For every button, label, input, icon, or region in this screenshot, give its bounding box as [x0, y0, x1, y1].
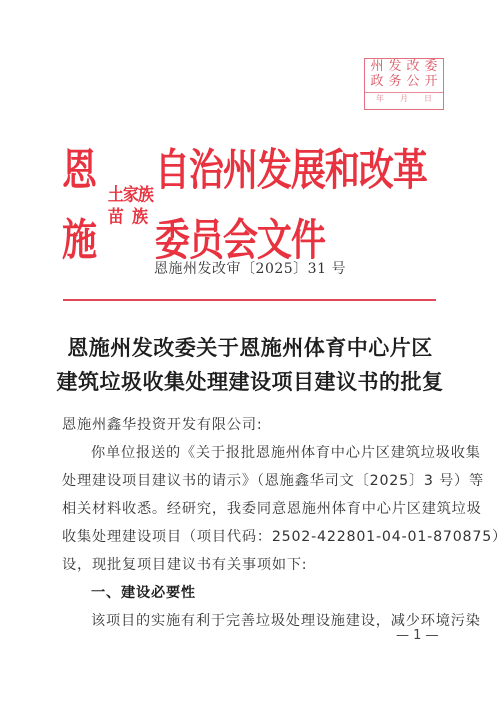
red-divider	[63, 299, 436, 301]
body-line: 收集处理建设项目（项目代码：2502-422801-04-01-870875）建	[62, 526, 442, 546]
masthead-part1: 恩施	[62, 136, 106, 276]
addressee: 恩施州鑫华投资开发有限公司:	[62, 414, 442, 434]
masthead: 恩施 土家族 苗 族 自治州发展和改革委员会文件	[62, 178, 440, 234]
section-heading: 一、建设必要性	[91, 582, 471, 602]
stamp-row-1: 州 发 改 委	[365, 59, 443, 74]
masthead-ethnic-stack: 土家族 苗 族	[108, 184, 153, 228]
disclosure-stamp: 州 发 改 委 政 务 公 开 年 月 日	[364, 58, 444, 110]
document-title-line-1: 恩施州发改委关于恩施州体育中心片区	[0, 332, 500, 362]
body-line: 设，现批复项目建议书有关事项如下:	[62, 554, 442, 574]
stamp-date-row: 年 月 日	[365, 92, 443, 105]
stamp-char: 年	[376, 93, 384, 105]
masthead-stack-top: 土家族	[108, 184, 153, 206]
stamp-char: 改	[406, 59, 419, 74]
stamp-char: 公	[406, 74, 419, 89]
body-line: 处理建设项目建议书的请示》（恩施鑫华司文〔2025〕3 号）等	[62, 470, 442, 490]
stamp-char: 政	[370, 74, 383, 89]
body-line: 相关材料收悉。经研究，我委同意恩施州体育中心片区建筑垃圾	[62, 498, 442, 518]
stamp-char: 州	[370, 59, 383, 74]
stamp-char: 开	[424, 74, 437, 89]
stamp-char: 发	[388, 59, 401, 74]
section-text: 该项目的实施有利于完善垃圾处理设施建设，减少环境污染	[91, 610, 471, 630]
document-title-line-2: 建筑垃圾收集处理建设项目建议书的批复	[0, 366, 500, 396]
masthead-stack-bottom: 苗 族	[108, 206, 153, 228]
document-number: 恩施州发改审〔2025〕31 号	[0, 258, 500, 278]
stamp-char: 务	[388, 74, 401, 89]
stamp-row-2: 政 务 公 开	[365, 74, 443, 89]
stamp-char: 月	[400, 93, 408, 105]
stamp-char: 日	[424, 93, 432, 105]
stamp-char: 委	[424, 59, 437, 74]
masthead-part2: 自治州发展和改革委员会文件	[155, 136, 440, 276]
page-number: — 1 —	[396, 628, 439, 643]
body-line: 你单位报送的《关于报批恩施州体育中心片区建筑垃圾收集	[91, 442, 471, 462]
